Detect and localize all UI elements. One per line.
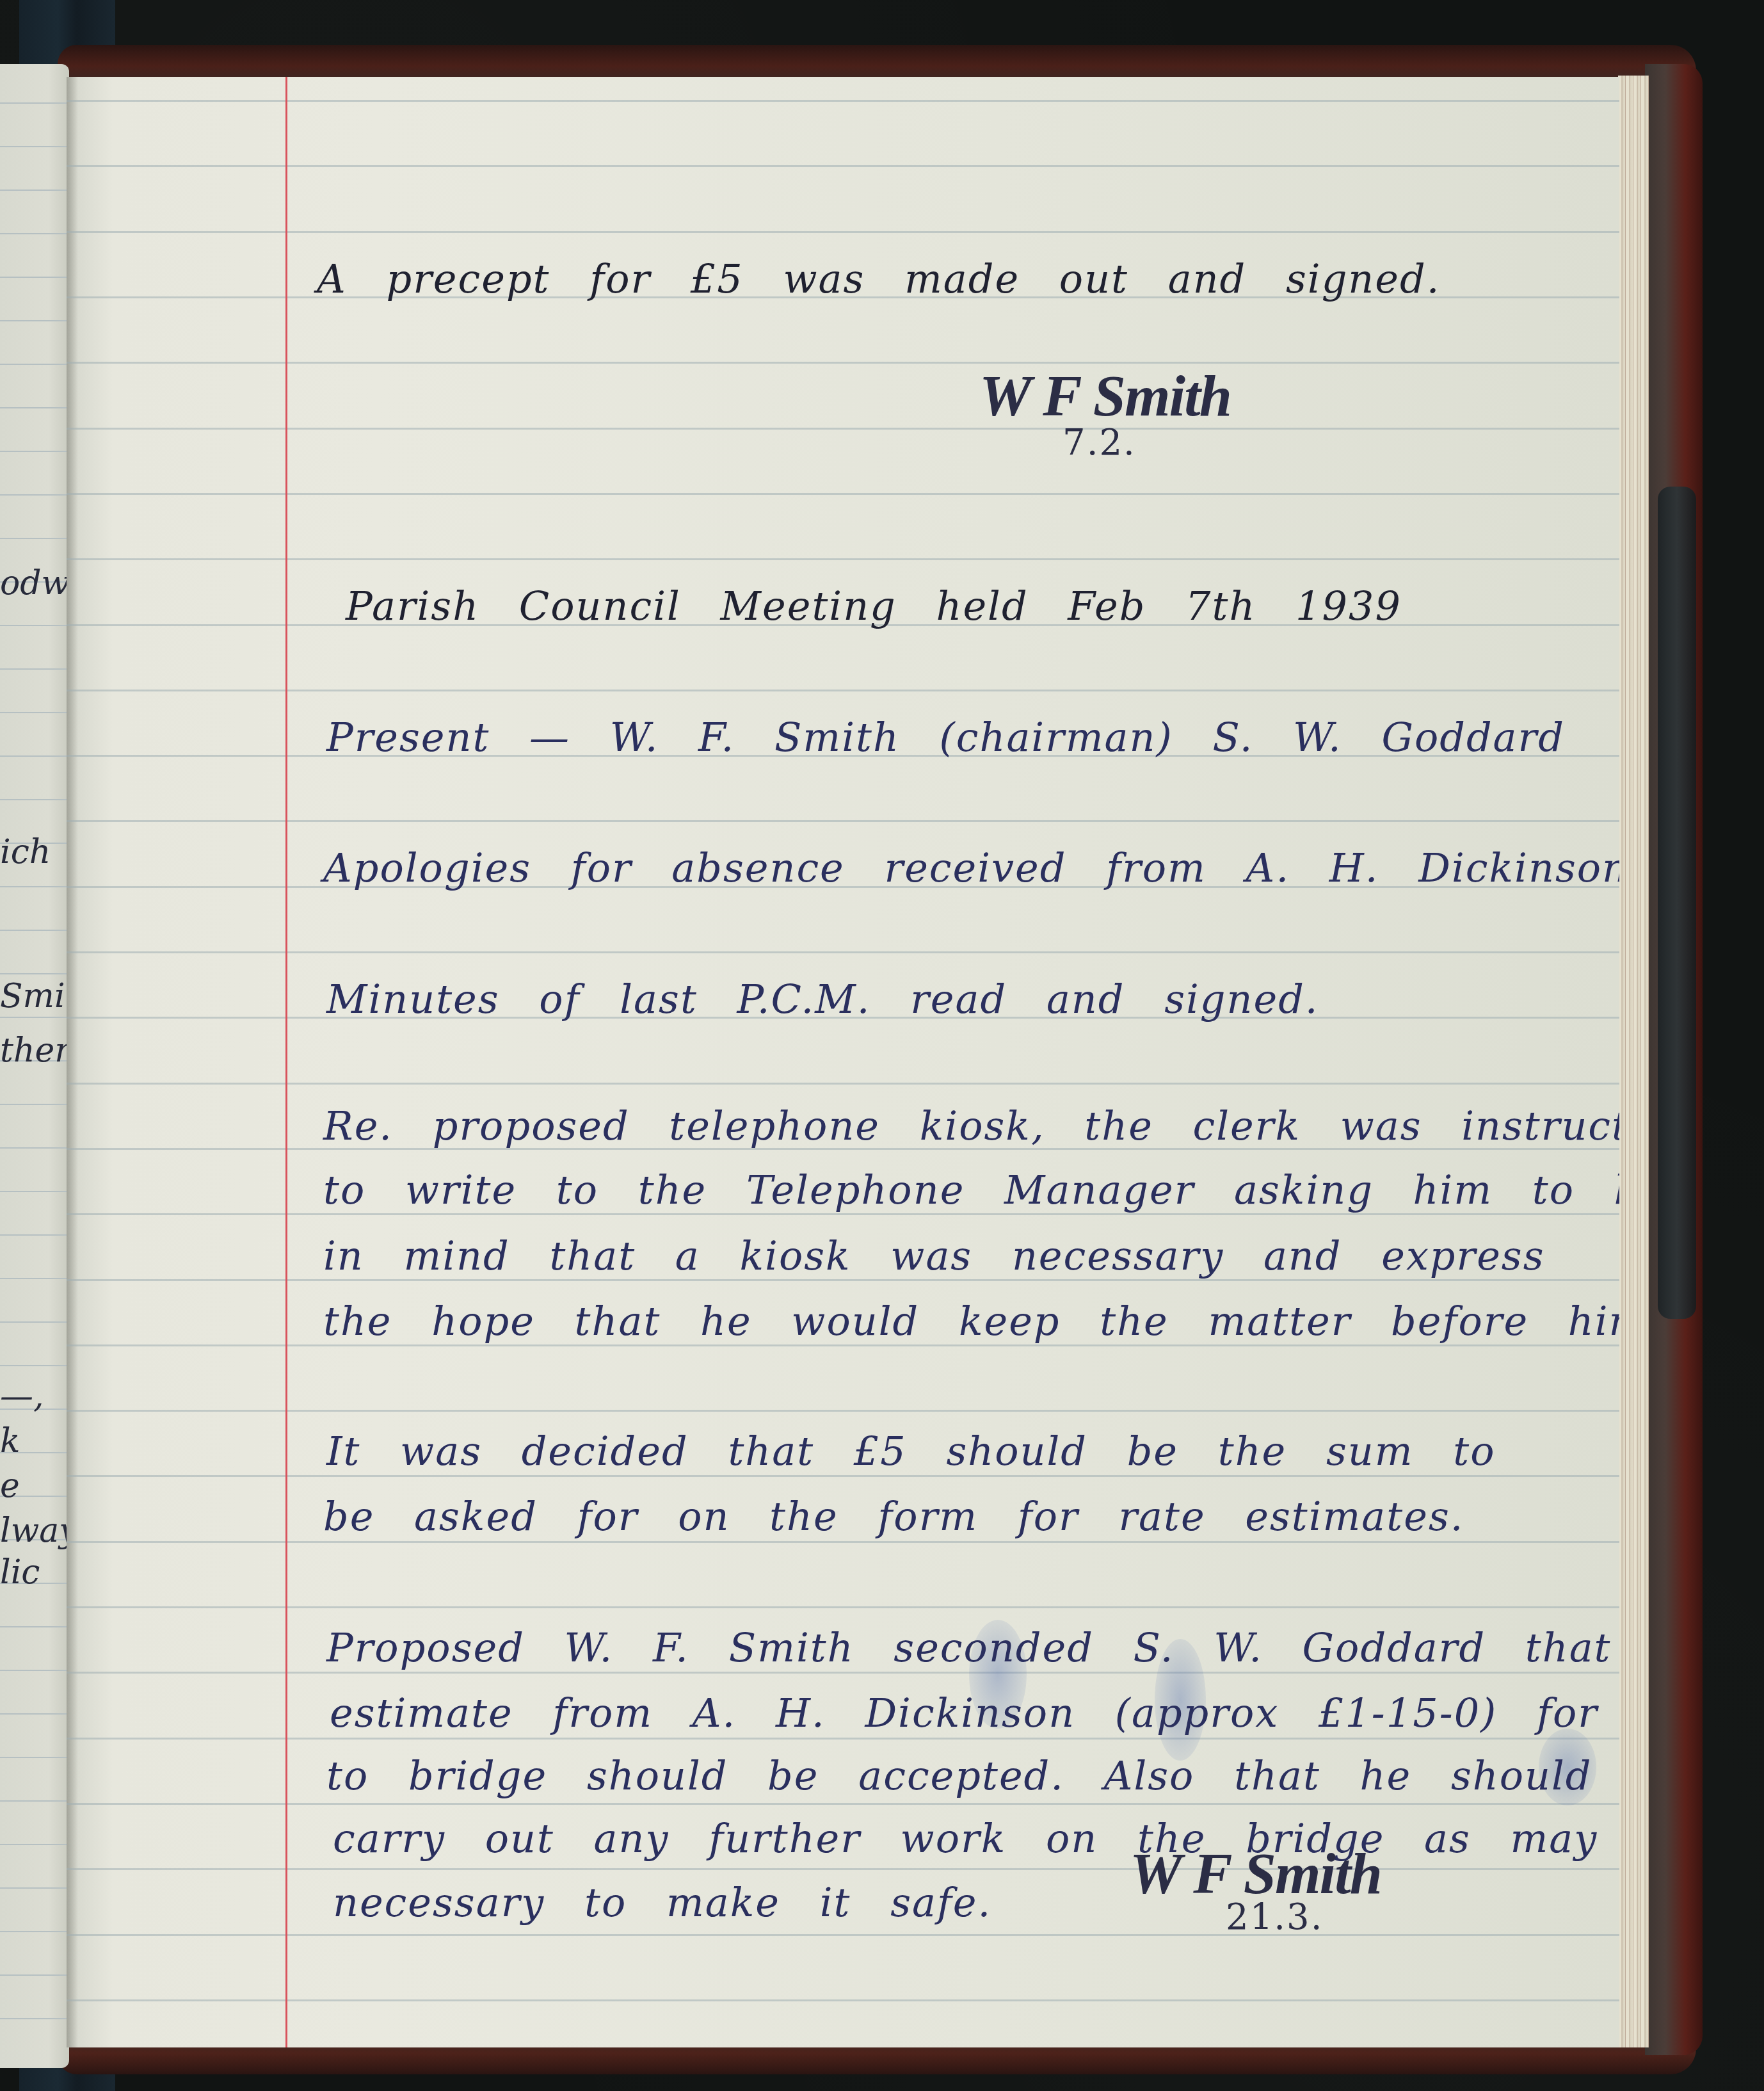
left-page-word-fragment: lic [0, 1553, 40, 1592]
bridge-paragraph-line: to bridge should be accepted. Also that … [326, 1756, 1592, 1796]
rule-line [67, 1672, 1619, 1674]
left-page-word-fragment: odwyn. [0, 564, 69, 602]
rule-line [67, 493, 1619, 495]
left-page-rule-line [0, 1844, 69, 1845]
left-page-rule-line [0, 1974, 69, 1976]
left-page-rule-line [0, 1626, 69, 1627]
left-page-rule-line [0, 668, 69, 670]
rule-line [67, 1213, 1619, 1215]
rule-line [67, 820, 1619, 822]
left-page-rule-line [0, 712, 69, 713]
left-page-rule-line [0, 146, 69, 147]
left-page-word-fragment: k [0, 1422, 20, 1460]
left-page-rule-line [0, 320, 69, 321]
left-page-word-fragment: Smith. [0, 977, 69, 1015]
left-page-rule-line [0, 1713, 69, 1715]
left-page-fragment: odwyn.ichSmith.ther—,kelwaylic [0, 64, 69, 2068]
kiosk-paragraph-line: to write to the Telephone Manager asking… [323, 1170, 1619, 1210]
rule-line [67, 165, 1619, 167]
apologies-line: Apologies for absence received from A. H… [323, 848, 1619, 888]
present-line: Present — W. F. Smith (chairman) S. W. G… [326, 718, 1565, 757]
left-page-rule-line [0, 1278, 69, 1279]
rule-line [67, 1541, 1619, 1543]
loose-binding-threads [1658, 487, 1696, 1319]
rule-line [67, 1344, 1619, 1346]
left-page-rule-line [0, 233, 69, 234]
left-page-rule-line [0, 625, 69, 626]
left-page-rule-line [0, 1321, 69, 1323]
left-page-rule-line [0, 102, 69, 104]
red-margin-line [285, 77, 287, 2047]
gutter-shadow [67, 77, 78, 2047]
rule-line [67, 100, 1619, 102]
left-page-rule-line [0, 1147, 69, 1149]
signature-w-f-smith-2: W F Smith [1130, 1844, 1381, 1903]
rule-line [67, 1868, 1619, 1870]
left-page-rule-line [0, 1757, 69, 1758]
kiosk-paragraph-line: in mind that a kiosk was necessary and e… [323, 1236, 1545, 1276]
left-page-rule-line [0, 407, 69, 408]
rule-line [67, 1475, 1619, 1477]
left-page-rule-line [0, 1017, 69, 1018]
minutes-line: Minutes of last P.C.M. read and signed. [326, 980, 1319, 1019]
left-page-rule-line [0, 1670, 69, 1671]
signature-date-2: 21.3. [1226, 1900, 1324, 1935]
meeting-heading: Parish Council Meeting held Feb 7th 1939 [346, 586, 1402, 626]
rule-line [67, 951, 1619, 953]
rule-line [67, 362, 1619, 364]
bridge-paragraph-line: necessary to make it safe. [333, 1883, 991, 1923]
rule-line [67, 1606, 1619, 1608]
left-page-rule-line [0, 451, 69, 452]
left-page-rule-line [0, 277, 69, 278]
left-page-rule-line [0, 1104, 69, 1105]
bridge-paragraph-line: carry out any further work on the bridge… [333, 1819, 1619, 1859]
left-page-rule-line [0, 1365, 69, 1366]
left-page-rule-line [0, 886, 69, 887]
left-page-rule-line [0, 930, 69, 931]
rule-line [67, 1738, 1619, 1740]
signature-date: 7.2. [1062, 425, 1136, 461]
left-page-rule-line [0, 538, 69, 539]
signature-w-f-smith: W F Smith [979, 366, 1231, 425]
rule-line [67, 1934, 1619, 1936]
rate-paragraph-line: It was decided that £5 should be the sum… [326, 1432, 1495, 1471]
rule-line [67, 428, 1619, 430]
left-page-rule-line [0, 1887, 69, 1889]
rule-line [67, 1083, 1619, 1085]
kiosk-paragraph-line: the hope that he would keep the matter b… [323, 1302, 1619, 1341]
rule-line [67, 1803, 1619, 1805]
left-page-word-fragment: lway [0, 1512, 69, 1550]
left-page-word-fragment: e [0, 1467, 20, 1505]
left-page-rule-line [0, 799, 69, 800]
left-page-word-fragment: ich [0, 833, 51, 871]
left-page-rule-line [0, 1931, 69, 1932]
left-page-rule-line [0, 1191, 69, 1192]
kiosk-paragraph-line: Re. proposed telephone kiosk, the clerk … [323, 1106, 1619, 1146]
left-page-rule-line [0, 755, 69, 757]
left-page-rule-line [0, 1800, 69, 1802]
rule-line [67, 690, 1619, 691]
rule-line [67, 1410, 1619, 1412]
left-page-rule-line [0, 364, 69, 365]
rule-line [67, 231, 1619, 233]
rate-paragraph-line: be asked for on the form for rate estima… [323, 1497, 1464, 1537]
left-page-rule-line [0, 494, 69, 496]
rule-line [67, 1999, 1619, 2001]
left-page-rule-line [0, 973, 69, 974]
rule-line [67, 558, 1619, 560]
left-page-word-fragment: —, [0, 1377, 44, 1416]
left-page-word-fragment: ther [0, 1031, 69, 1070]
precept-entry: A precept for £5 was made out and signed… [317, 259, 1440, 299]
left-page-rule-line [0, 1234, 69, 1236]
left-page-rule-line [0, 190, 69, 191]
bridge-paragraph-line: estimate from A. H. Dickinson (approx £1… [330, 1693, 1619, 1733]
bridge-paragraph-line: Proposed W. F. Smith seconded S. W. Godd… [326, 1628, 1619, 1668]
left-page-rule-line [0, 2018, 69, 2019]
page-stack-edges [1618, 76, 1649, 2047]
right-page: A precept for £5 was made out and signed… [67, 77, 1619, 2047]
